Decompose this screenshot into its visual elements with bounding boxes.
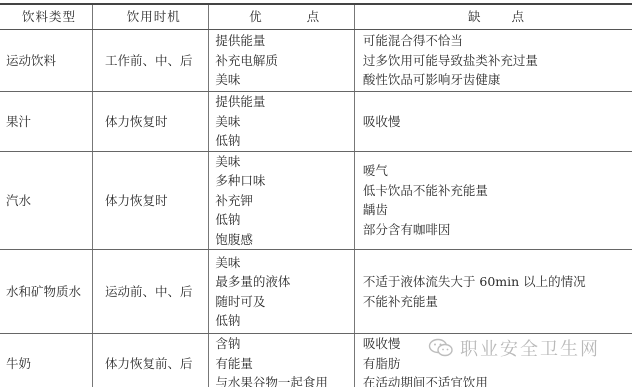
beverage-type-cell: 运动饮料	[0, 30, 93, 92]
pros-item: 多种口味	[215, 171, 354, 191]
cons-item: 不能补充能量	[363, 292, 632, 312]
beverage-comparison-table: 饮料类型 饮用时机 优点 缺点 运动饮料 工作前、中、后 提供能量 补充电解质 …	[0, 3, 632, 387]
pros-item: 随时可及	[215, 292, 354, 312]
pros-item: 有能量	[215, 354, 354, 374]
cons-item: 部分含有咖啡因	[363, 220, 632, 240]
cons-cell: 嗳气 低卡饮品不能补充能量 龋齿 部分含有咖啡因	[354, 151, 632, 250]
table-row: 汽水 体力恢复时 美味 多种口味 补充钾 低钠 饱腹感 嗳气 低卡饮品不能补充能…	[0, 151, 632, 250]
cons-cell: 可能混合得不恰当 过多饮用可能导致盐类补充过量 酸性饮品可影响牙齿健康	[354, 30, 632, 92]
pros-cell: 美味 多种口味 补充钾 低钠 饱腹感	[209, 151, 355, 250]
pros-item: 低钠	[215, 311, 354, 331]
cons-item: 在活动期间不适宜饮用	[363, 373, 632, 387]
table-row: 水和矿物质水 运动前、中、后 美味 最多量的液体 随时可及 低钠 不适于液体流失…	[0, 250, 632, 334]
watermark-text: 职业安全卫生网	[460, 335, 600, 361]
cons-item: 低卡饮品不能补充能量	[363, 181, 632, 201]
pros-item: 与水果谷物一起食用	[215, 373, 354, 387]
header-pros: 优点	[209, 4, 355, 30]
timing-cell: 运动前、中、后	[93, 250, 209, 334]
header-beverage-type: 饮料类型	[0, 4, 93, 30]
header-cons-char-2: 点	[511, 9, 525, 24]
header-cons: 缺点	[354, 4, 632, 30]
table-row: 运动饮料 工作前、中、后 提供能量 补充电解质 美味 可能混合得不恰当 过多饮用…	[0, 30, 632, 92]
cons-item: 可能混合得不恰当	[363, 31, 632, 51]
pros-cell: 含钠 有能量 与水果谷物一起食用	[209, 334, 355, 387]
cons-cell: 吸收慢	[354, 92, 632, 152]
pros-item: 美味	[215, 112, 354, 132]
timing-cell: 体力恢复时	[93, 151, 209, 250]
timing-cell: 体力恢复时	[93, 92, 209, 152]
beverage-type-cell: 果汁	[0, 92, 93, 152]
cons-item: 吸收慢	[363, 112, 632, 132]
watermark: 职业安全卫生网	[428, 335, 600, 361]
pros-cell: 提供能量 补充电解质 美味	[209, 30, 355, 92]
pros-item: 低钠	[215, 210, 354, 230]
cons-item: 过多饮用可能导致盐类补充过量	[363, 51, 632, 71]
beverage-type-cell: 牛奶	[0, 334, 93, 387]
pros-item: 补充电解质	[215, 51, 354, 71]
pros-item: 提供能量	[215, 31, 354, 51]
pros-item: 饱腹感	[215, 230, 354, 250]
pros-item: 含钠	[215, 334, 354, 354]
header-pros-char-2: 点	[307, 9, 321, 24]
pros-cell: 提供能量 美味 低钠	[209, 92, 355, 152]
table-row: 果汁 体力恢复时 提供能量 美味 低钠 吸收慢	[0, 92, 632, 152]
cons-item: 嗳气	[363, 161, 632, 181]
cons-item: 不适于液体流失大于 60min 以上的情况	[363, 272, 632, 292]
pros-item: 美味	[215, 152, 354, 172]
cons-item: 龋齿	[363, 200, 632, 220]
header-pros-char-1: 优	[249, 9, 263, 24]
timing-cell: 工作前、中、后	[93, 30, 209, 92]
header-drinking-timing: 饮用时机	[93, 4, 209, 30]
beverage-type-cell: 汽水	[0, 151, 93, 250]
wechat-icon	[428, 338, 454, 358]
pros-item: 美味	[215, 70, 354, 90]
pros-item: 美味	[215, 253, 354, 273]
pros-item: 补充钾	[215, 191, 354, 211]
timing-cell: 体力恢复前、后	[93, 334, 209, 387]
pros-item: 提供能量	[215, 92, 354, 112]
header-cons-char-1: 缺	[468, 9, 482, 24]
cons-cell: 不适于液体流失大于 60min 以上的情况 不能补充能量	[354, 250, 632, 334]
pros-item: 最多量的液体	[215, 272, 354, 292]
cons-item: 酸性饮品可影响牙齿健康	[363, 70, 632, 90]
beverage-type-cell: 水和矿物质水	[0, 250, 93, 334]
table-header-row: 饮料类型 饮用时机 优点 缺点	[0, 4, 632, 30]
pros-item: 低钠	[215, 131, 354, 151]
pros-cell: 美味 最多量的液体 随时可及 低钠	[209, 250, 355, 334]
